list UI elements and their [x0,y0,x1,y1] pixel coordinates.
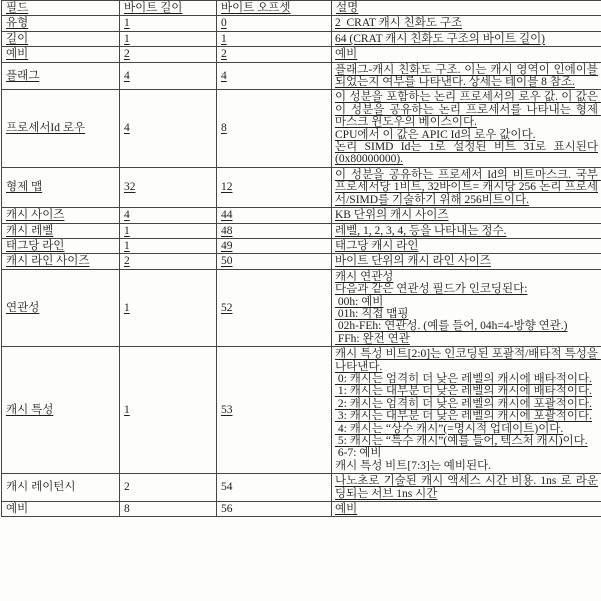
description-line: 02h-FEh: 연관성. (예를 들어, 04h=4-방향 연관.) [335,320,598,332]
description-cell: 2 CRAT 캐시 친화도 구조 [332,16,601,31]
table-row: 유형102 CRAT 캐시 친화도 구조 [2,16,601,31]
description-line: 나노초로 기술된 캐시 액세스 시간 비용. 1ns 로 라운딩되는 서브 1n… [335,475,598,500]
description-line: 이 성분을 포함하는 논리 프로세서의 로우 값. 이 값은 이 성분을 공유하… [335,91,598,128]
byte-length-cell: 1 [120,31,217,46]
description-line: 5: 캐시는 “특수 캐시”(예를 들어, 텍스처 캐시)이다. [335,435,598,447]
column-header-field: 필드 [2,1,120,16]
field-name-cell: 예비 [2,47,120,62]
table-header-row: 필드 바이트 길이 바이트 오프셋 설명 [2,1,601,16]
field-name-cell: 길이 [2,31,120,46]
byte-offset-cell: 12 [217,167,332,207]
description-line: 6-7: 예비 [335,447,598,459]
description-line: 태그당 캐시 라인 [335,240,598,252]
byte-length-cell: 1 [120,347,217,474]
table-row: 연관성152캐시 연관성다음과 같은 연관성 필드가 인코딩된다: 00h: 예… [2,269,601,346]
field-name-cell: 프로세서Id 로우 [2,90,120,167]
byte-length-cell: 4 [120,90,217,167]
description-line: 다음과 같은 연관성 필드가 인코딩된다: [335,283,598,295]
field-table-body: 유형102 CRAT 캐시 친화도 구조길이1164 (CRAT 캐시 친화도 … [2,16,601,517]
byte-length-cell: 1 [120,238,217,253]
byte-length-cell: 8 [120,502,217,517]
description-line: 2 CRAT 캐시 친화도 구조 [335,17,598,29]
byte-offset-cell: 53 [217,347,332,474]
byte-offset-cell: 50 [217,254,332,269]
column-header-byte-offset: 바이트 오프셋 [217,1,332,16]
field-name-cell: 연관성 [2,269,120,346]
byte-length-cell: 2 [120,474,217,502]
byte-length-cell: 1 [120,269,217,346]
description-cell: 플래그-캐시 친화도 구조. 이는 캐시 영역이 인에이블되었는지 여부를 나타… [332,62,601,90]
description-line: 바이트 단위의 캐시 라인 사이즈 [335,255,598,267]
field-name-cell: 캐시 사이즈 [2,208,120,223]
byte-offset-cell: 44 [217,208,332,223]
description-cell: 태그당 캐시 라인 [332,238,601,253]
field-name-cell: 캐시 특성 [2,347,120,474]
table-row: 캐시 특성153캐시 특성 비트[2:0]는 인코딩된 포괄적/배타적 특성을 … [2,347,601,474]
byte-length-cell: 4 [120,208,217,223]
description-cell: 이 성분을 포함하는 논리 프로세서의 로우 값. 이 값은 이 성분을 공유하… [332,90,601,167]
table-row: 플래그44플래그-캐시 친화도 구조. 이는 캐시 영역이 인에이블되었는지 여… [2,62,601,90]
table-row: 길이1164 (CRAT 캐시 친화도 구조의 바이트 길이) [2,31,601,46]
table-row: 캐시 레이턴시254나노초로 기술된 캐시 액세스 시간 비용. 1ns 로 라… [2,474,601,502]
table-row: 형제 맵3212이 성분을 공유하는 프로세서 Id의 비트마스크. 국부 프로… [2,167,601,207]
description-line: 01h: 직접 맵핑 [335,308,598,320]
description-cell: 나노초로 기술된 캐시 액세스 시간 비용. 1ns 로 라운딩되는 서브 1n… [332,474,601,502]
byte-offset-cell: 56 [217,502,332,517]
description-cell: 64 (CRAT 캐시 친화도 구조의 바이트 길이) [332,31,601,46]
table-row: 프로세서Id 로우48이 성분을 포함하는 논리 프로세서의 로우 값. 이 값… [2,90,601,167]
field-name-cell: 캐시 레이턴시 [2,474,120,502]
description-cell: KB 단위의 캐시 사이즈 [332,208,601,223]
field-definition-table: 필드 바이트 길이 바이트 오프셋 설명 유형102 CRAT 캐시 친화도 구… [1,0,601,517]
description-cell: 예비 [332,47,601,62]
description-line: 예비 [335,48,598,60]
description-cell: 캐시 특성 비트[2:0]는 인코딩된 포괄적/배타적 특성을 나타낸다. 0:… [332,347,601,474]
byte-offset-cell: 0 [217,16,332,31]
description-line: 논리 SIMD Id는 1로 설정된 비트 31로 표시된다(0x8000000… [335,141,598,166]
byte-length-cell: 32 [120,167,217,207]
byte-length-cell: 2 [120,47,217,62]
description-line: CPU에서 이 값은 APIC Id의 로우 값이다. [335,129,598,141]
document-page: 필드 바이트 길이 바이트 오프셋 설명 유형102 CRAT 캐시 친화도 구… [0,0,601,601]
description-line: 3: 캐시는 대부분 더 낮은 레벨의 캐시에 포괄적이다. [335,410,598,422]
description-line: 플래그-캐시 친화도 구조. 이는 캐시 영역이 인에이블되었는지 여부를 나타… [335,64,598,89]
byte-length-cell: 1 [120,223,217,238]
column-header-description: 설명 [332,1,601,16]
byte-offset-cell: 1 [217,31,332,46]
description-line: 캐시 특성 비트[2:0]는 인코딩된 포괄적/배타적 특성을 나타낸다. [335,348,598,373]
byte-offset-cell: 2 [217,47,332,62]
byte-length-cell: 1 [120,16,217,31]
description-cell: 캐시 연관성다음과 같은 연관성 필드가 인코딩된다: 00h: 예비 01h:… [332,269,601,346]
table-row: 예비22예비 [2,47,601,62]
description-line: 4: 캐시는 “상수 캐시”(=명시적 업데이트)이다. [335,423,598,435]
description-line: 0: 캐시는 엄격히 더 낮은 레벨의 캐시에 배타적이다. [335,373,598,385]
byte-offset-cell: 52 [217,269,332,346]
description-line: 레벨, 1, 2, 3, 4, 등을 나타내는 정수. [335,225,598,237]
description-line: 캐시 연관성 [335,271,598,283]
field-name-cell: 유형 [2,16,120,31]
byte-offset-cell: 8 [217,90,332,167]
field-name-cell: 형제 맵 [2,167,120,207]
byte-offset-cell: 54 [217,474,332,502]
description-cell: 바이트 단위의 캐시 라인 사이즈 [332,254,601,269]
field-name-cell: 예비 [2,502,120,517]
field-name-cell: 캐시 라인 사이즈 [2,254,120,269]
description-line: 캐시 특성 비트[7:3]는 예비된다. [335,460,598,472]
description-cell: 예비 [332,502,601,517]
description-line: FFh: 완전 연관 [335,333,598,345]
byte-length-cell: 4 [120,62,217,90]
byte-offset-cell: 49 [217,238,332,253]
byte-offset-cell: 4 [217,62,332,90]
field-name-cell: 플래그 [2,62,120,90]
description-line: KB 단위의 캐시 사이즈 [335,209,598,221]
description-line: 1: 캐시는 대부분 더 낮은 레벨의 캐시에 배타적이다. [335,385,598,397]
table-row: 예비856예비 [2,502,601,517]
table-row: 태그당 라인149태그당 캐시 라인 [2,238,601,253]
table-row: 캐시 라인 사이즈250바이트 단위의 캐시 라인 사이즈 [2,254,601,269]
description-line: 2: 캐시는 엄격히 더 낮은 레벨의 캐시에 포괄적이다. [335,398,598,410]
description-cell: 이 성분을 공유하는 프로세서 Id의 비트마스크. 국부 프로세서당 1비트,… [332,167,601,207]
table-row: 캐시 레벨148레벨, 1, 2, 3, 4, 등을 나타내는 정수. [2,223,601,238]
description-line: 예비 [335,503,598,515]
description-line: 00h: 예비 [335,296,598,308]
description-line: 이 성분을 공유하는 프로세서 Id의 비트마스크. 국부 프로세서당 1비트,… [335,169,598,206]
byte-length-cell: 2 [120,254,217,269]
column-header-byte-length: 바이트 길이 [120,1,217,16]
description-cell: 레벨, 1, 2, 3, 4, 등을 나타내는 정수. [332,223,601,238]
description-line: 64 (CRAT 캐시 친화도 구조의 바이트 길이) [335,33,598,45]
field-name-cell: 태그당 라인 [2,238,120,253]
byte-offset-cell: 48 [217,223,332,238]
field-name-cell: 캐시 레벨 [2,223,120,238]
table-row: 캐시 사이즈444KB 단위의 캐시 사이즈 [2,208,601,223]
